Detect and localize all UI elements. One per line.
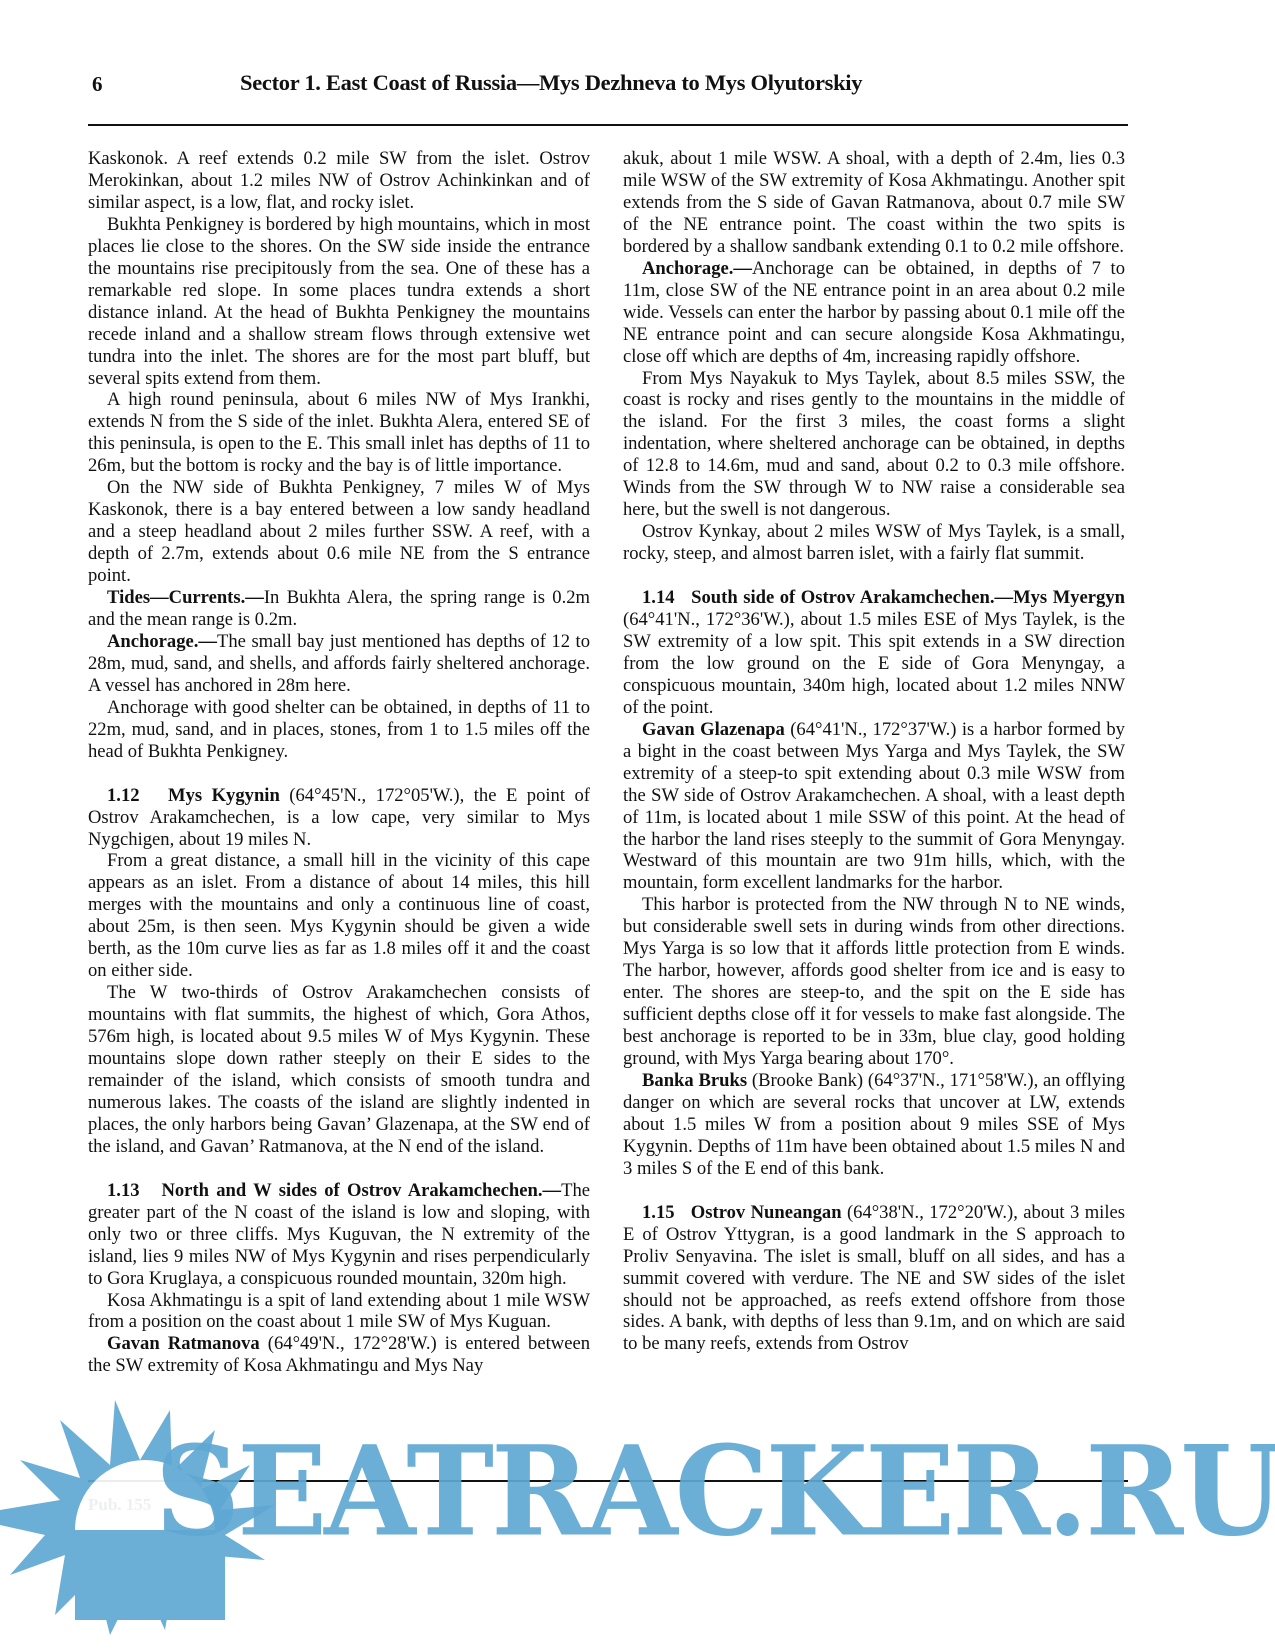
watermark-text: SEATRACKER.RU [155,1418,1275,1564]
tides-heading: Tides—Currents.— [107,587,264,608]
feature-name: Banka Bruks [642,1070,747,1091]
anchorage-heading: Anchorage.— [107,631,217,652]
paragraph: The W two-thirds of Ostrov Arakamchechen… [88,982,590,1158]
paragraph: From a great distance, a small hill in t… [88,850,590,982]
section-title: South side of Ostrov Arakamchechen.—Mys … [691,587,1125,608]
section-title: North and W sides of Ostrov Arakamcheche… [161,1180,561,1201]
anchorage-paragraph: Anchorage.—The small bay just mentioned … [88,631,590,697]
running-head: Sector 1. East Coast of Russia—Mys Dezhn… [240,70,1100,96]
paragraph: This harbor is protected from the NW thr… [623,894,1125,1070]
bruks-paragraph: Banka Bruks (Brooke Bank) (64°37'N., 171… [623,1070,1125,1180]
section-1-15: 1.15 Ostrov Nuneangan (64°38'N., 172°20'… [623,1202,1125,1356]
section-title: Mys Kygynin [168,785,280,806]
section-text: (64°41'N., 172°36'W.), about 1.5 miles E… [623,609,1125,718]
left-column: Kaskonok. A reef extends 0.2 mile SW fro… [88,148,590,1377]
right-column: akuk, about 1 mile WSW. A shoal, with a … [623,148,1125,1355]
feature-text: (64°41'N., 172°37'W.) is a harbor formed… [623,719,1125,894]
feature-name: Gavan Ratmanova [107,1333,260,1354]
section-1-13: 1.13 North and W sides of Ostrov Arakamc… [88,1180,590,1290]
tides-paragraph: Tides—Currents.—In Bukhta Alera, the spr… [88,587,590,631]
bottom-rule [88,1480,1128,1482]
paragraph: Anchorage with good shelter can be obtai… [88,697,590,763]
paragraph: Bukhta Penkigney is bordered by high mou… [88,214,590,390]
anchorage-paragraph: Anchorage.—Anchorage can be obtained, in… [623,258,1125,368]
section-text: (64°45'N., 172°05'W.), the E point of Os… [88,785,590,850]
section-number: 1.14 [642,587,675,608]
paragraph: Kaskonok. A reef extends 0.2 mile SW fro… [88,148,590,214]
anchorage-heading: Anchorage.— [642,258,752,279]
paragraph: akuk, about 1 mile WSW. A shoal, with a … [623,148,1125,258]
glazenapa-paragraph: Gavan Glazenapa (64°41'N., 172°37'W.) is… [623,719,1125,895]
sunburst-logo-icon [0,1360,1275,1650]
section-number: 1.13 [107,1180,140,1201]
page-number: 6 [92,72,103,97]
section-number: 1.15 [642,1202,675,1223]
feature-name: Gavan Glazenapa [642,719,785,740]
paragraph: Kosa Akhmatingu is a spit of land extend… [88,1290,590,1334]
section-number: 1.12 [107,785,140,806]
section-text: (64°38'N., 172°20'W.), about 3 miles E o… [623,1202,1125,1355]
paragraph: Ostrov Kynkay, about 2 miles WSW of Mys … [623,521,1125,565]
section-1-14: 1.14 South side of Ostrov Arakamchechen.… [623,587,1125,719]
section-title: Ostrov Nuneangan [691,1202,842,1223]
paragraph: From Mys Nayakuk to Mys Taylek, about 8.… [623,368,1125,522]
publication-footer: Pub. 155 [88,1495,151,1515]
ratmanova-paragraph: Gavan Ratmanova (64°49'N., 172°28'W.) is… [88,1333,590,1377]
top-rule [88,124,1128,126]
paragraph: A high round peninsula, about 6 miles NW… [88,389,590,477]
paragraph: On the NW side of Bukhta Penkigney, 7 mi… [88,477,590,587]
section-1-12: 1.12 Mys Kygynin (64°45'N., 172°05'W.), … [88,785,590,851]
